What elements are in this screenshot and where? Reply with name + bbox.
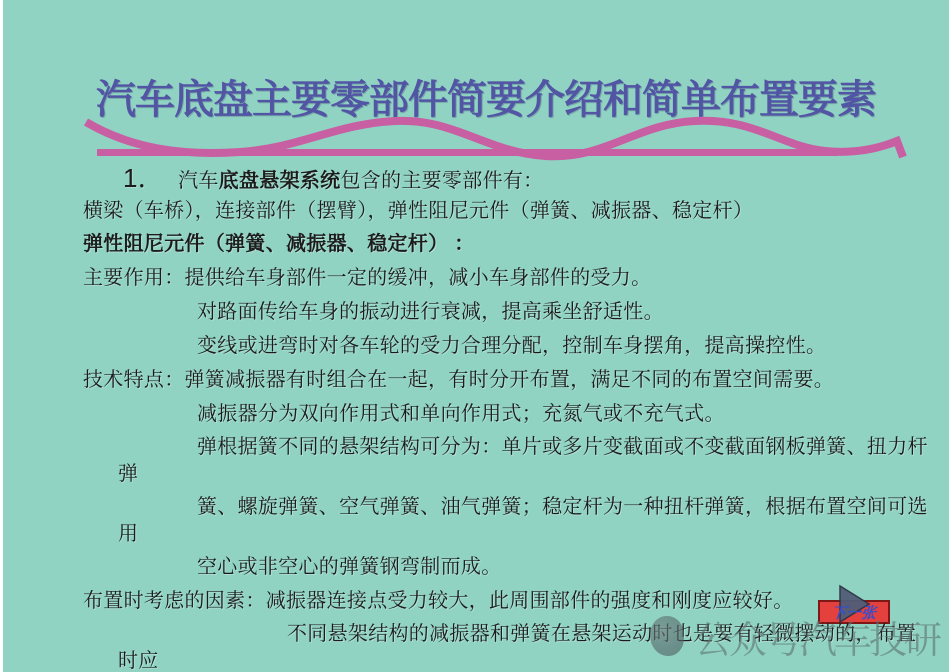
body-line: 弹性阻尼元件（弹簧、减振器、稳定杆） ：	[83, 227, 475, 256]
title-divider-bar	[97, 149, 838, 156]
body-line: 布置时考虑的因素：减振器连接点受力较大，此周围部件的强度和刚度应较好。	[83, 584, 794, 613]
slide-background: 汽车底盘主要零部件简要介绍和简单布置要素 1．汽车底盘悬架系统包含的主要零部件有…	[0, 0, 949, 672]
body-line: 空心或非空心的弹簧钢弯制而成。	[197, 550, 502, 579]
body-line: 对路面传给车身的振动进行衰减，提高乘坐舒适性。	[197, 295, 664, 324]
intro-pre: 汽车	[178, 170, 219, 192]
body-line: 弹	[118, 457, 138, 486]
body-line: 不同悬架结构的减振器和弹簧在悬架运动时也是要有轻微摆动的，布置	[287, 617, 916, 646]
body-line: 减振器分为双向作用式和单向作用式；充氮气或不充气式。	[197, 397, 725, 426]
intro-post: 包含的主要零部件有：	[340, 170, 543, 192]
body-line: 时应	[118, 644, 159, 672]
body-line: 横梁（车桥），连接部件（摆臂），弹性阻尼元件（弹簧、减振器、稳定杆）	[83, 194, 753, 223]
body-line: 主要作用：提供给车身部件一定的缓冲，减小车身部件的受力。	[83, 261, 651, 290]
body-line: 弹根据簧不同的悬架结构可分为：单片或多片变截面或不变截面钢板弹簧、扭力杆	[197, 430, 928, 459]
body-line: 用	[118, 517, 138, 546]
body-line: 变线或进弯时对各车轮的受力合理分配，控制车身摆角，提高操控性。	[197, 329, 826, 358]
intro-bold-term: 底盘悬架系统	[219, 170, 341, 192]
body-line: 技术特点：弹簧减振器有时组合在一起，有时分开布置，满足不同的布置空间需要。	[83, 363, 834, 392]
left-edge-strip	[0, 0, 3, 672]
body-line-intro: 1．汽车底盘悬架系统包含的主要零部件有：	[123, 158, 543, 195]
list-number: 1．	[123, 163, 164, 193]
body-line: 簧、螺旋弹簧、空气弹簧、油气弹簧；稳定杆为一种扭杆弹簧，根据布置空间可选	[197, 490, 928, 519]
